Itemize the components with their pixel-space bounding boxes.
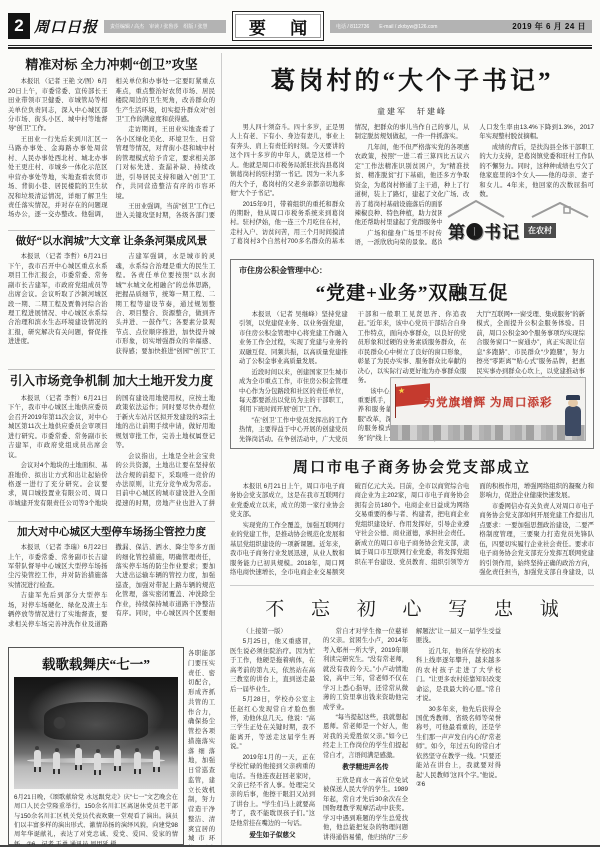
paragraph: 本报讯 （记者 吴继峰）坚持党建引领，以党建促业务、以业务强党建，市住房公积金管… <box>239 310 348 367</box>
article-kicker: 市住房公积金管理中心： <box>239 265 585 276</box>
psa-banner: 为党旗增辉 为周口添彩 <box>390 377 586 441</box>
paragraph: 近段时间以来，创建国家卫生城市成为全市重点工作，市住房公积金管理中心作为分包路段… <box>239 368 348 415</box>
dancer-figure <box>53 752 60 769</box>
paragraph: 吉建军强调，水是城市的灵魂，水系综合治理是重大的民生工程。各责任单位要按照“以水… <box>116 252 216 364</box>
article-headline: 加大对中心城区大型停车场扬尘管控力度 <box>8 526 215 539</box>
article-loyalty: 不 忘 初 心 写 忠 诚 （上接第一版）5月25日，他又重感冒，医生说必须住院… <box>230 585 594 843</box>
article-ecommerce: 周口市电子商务协会党支部成立 本报讯 6月21日上午，周口市电子商务协会党支部成… <box>230 456 594 578</box>
first-secretary-logo: 第❶书记 在农村 <box>442 197 594 249</box>
sub-headline: 爱生如子似慈父 <box>230 831 315 841</box>
article-land-development: 引入市场竞争机制 加大土地开发力度 本报讯 （记者 李哲）6月21日下午，我市中… <box>8 370 215 522</box>
paragraph: 2019年1月的一天，正在学校忙碌的他接到父亲病重的电话。当他连夜赶回老家时，父… <box>230 753 315 829</box>
page-number: 2 <box>8 13 30 39</box>
article-body: 本报讯 （记者 王艳 文/图）6月20日上午，市委常委、宣传部长王田业带领市卫健… <box>8 77 215 225</box>
dancer-figure <box>134 752 141 769</box>
dancer-figure <box>153 750 160 767</box>
paragraph: 5月25日，他又重感冒，医生说必须住院治疗。因为忙于工作，他硬是拖着病体，在高考… <box>230 637 315 694</box>
paragraph: 5月28日，学校办公室主任赵红心发现常自才脸色憔悴，劝他休息几天。他说：“高三学… <box>230 695 315 752</box>
stage-performance-photo <box>14 677 178 789</box>
paragraph: 近几年，他所在学校的本科上线率逐年攀升，越来越多的农村孩子走进了大学校门。“让更… <box>416 647 501 704</box>
paragraph: 本报讯 （记者 李哲）6月21日下午，我市中心城区土地供应委员会召开2019年第… <box>8 394 108 460</box>
paragraph: 本报讯 （记者 王艳 文/图）6月20日上午，市委常委、宣传部长王田业带领市卫健… <box>8 77 108 134</box>
article-headline: 做好“以水润城”大文章 让条条河渠成风景 <box>8 235 215 248</box>
performers-back-group <box>44 702 149 740</box>
photo-caption: 6月21日晚，《颂歌献给党 永远跟党走》庆“七一”文艺晚会在周口人民会堂隆重举行… <box>14 793 178 847</box>
page-header: 2 周口日报 责任编辑 / 高杰 审读 / 张鲁莎 组版 / 张慧 要 闻 电话… <box>8 10 592 42</box>
article-body: 本报讯 （记者 李哲）6月21日下午，我市召开中心城区重点水系项目工作汇报会，市… <box>8 252 215 364</box>
paragraph: “每当提起这些，我就想起恩师。常老师是一个好人，他对我的关爱胜似父亲。”如今已经… <box>323 713 408 760</box>
article-water-city: 做好“以水润城”大文章 让条条河渠成风景 本报讯 （记者 李哲）6月21日下午，… <box>8 231 215 370</box>
sub-headline: 教学精进声名传 <box>323 763 408 773</box>
dancer-figure <box>34 750 41 767</box>
article-party-building: 市住房公积金管理中心： “党建+业务”双融互促 本报讯 （记者 吴继峰）坚持党建… <box>230 259 594 449</box>
city-skyline-graphic <box>391 425 585 440</box>
paragraph: 本报讯 （记者 李瑞）6月22日上午，市委常委、常务副市长吉建军带队督导中心城区… <box>8 543 108 590</box>
paragraph: 本报讯 6月21日上午，周口市电子商务协会党支部成立，这是在我市互联网行业党委成… <box>230 482 345 520</box>
contact-bar: 电话 / 8112736 E-mail / zkrbyw@126.com 201… <box>330 20 592 33</box>
photo-story-row: 载歌载舞庆“七一” 6月21日晚，《颂歌献给党 永远跟党走》庆“七一”文艺晚会在… <box>8 647 215 845</box>
paper-name: 周口日报 <box>34 16 98 37</box>
article-body: 本报讯 6月21日上午，周口市电子商务协会党支部成立，这是在我市互联网行业党委成… <box>230 482 594 578</box>
article-chuangwei: 精准对标 全力冲刺“创卫”攻坚 本报讯 （记者 王艳 文/图）6月20日上午，市… <box>8 53 215 231</box>
contact-info: 电话 / 8112736 E-mail / zkrbyw@126.com <box>336 23 437 30</box>
article-parking-dust: 加大对中心城区大型停车场扬尘管控力度 本报讯 （记者 李瑞）6月22日上午，市委… <box>8 522 215 642</box>
article-headline: 周口市电子商务协会党支部成立 <box>230 456 594 477</box>
main-headline: 葛岗村的“大个子书记” <box>230 61 594 97</box>
article-headline: 精准对标 全力冲刺“创卫”攻坚 <box>8 57 215 73</box>
article-continuation: 各职能部门要压实责任、密切配合，形成齐抓共管的工作合力，确保扬尘管控各项措施落实… <box>188 647 215 845</box>
article-headline: 引入市场竞争机制 加大土地开发力度 <box>8 374 215 390</box>
article-body: 本报讯 （记者 李哲）6月21日下午，我市中心城区土地供应委员会召开2019年第… <box>8 394 215 516</box>
house-roof-icon <box>446 197 590 219</box>
photo-story-headline: 载歌载舞庆“七一” <box>14 653 178 673</box>
paragraph: 本报讯 （记者 李哲）6月21日下午，我市召开中心城区重点水系项目工作汇报会，市… <box>8 252 108 346</box>
banner-slogan: 为党旗增辉 为周口添彩 <box>391 394 585 410</box>
editor-info-bar: 责任编辑 / 高杰 审读 / 张鲁莎 组版 / 张慧 <box>104 20 226 33</box>
newspaper-page: 2 周口日报 责任编辑 / 高杰 审读 / 张鲁莎 组版 / 张慧 要 闻 电话… <box>0 0 600 847</box>
dancer-figure <box>114 749 121 766</box>
article-headline: 不 忘 初 心 写 忠 诚 <box>230 594 594 621</box>
section-title: 要 闻 <box>232 11 324 41</box>
article-body: 本报讯 （记者 李瑞）6月22日上午，市委常委、常务副市长吉建军带队督导中心城区… <box>8 543 215 637</box>
paragraph: 男人四十须奋斗。四十多岁，正是男人上有老、下有小、身边有妻儿，事业上有奔头、肩上… <box>230 123 345 199</box>
paragraph: 常自才对学生像一位慈祥的父亲。贫困生小卢，2014年考入郑州一所大学，2019年… <box>323 627 408 712</box>
issue-date: 2019 年 6 月 24 日 <box>512 21 586 32</box>
dancer-figure <box>75 748 82 765</box>
paragraph: 成绩的背后，是扶沟县全体干部职工的大力支持，是葛岗镇党委和驻村工作队的不懈努力。… <box>479 143 594 200</box>
article-body: （上接第一版）5月25日，他又重感冒，医生说必须住院治疗。因为忙于工作，他硬是拖… <box>230 627 594 843</box>
paragraph: 走访期间，王田业实地查看了各小区绿化美化、环境卫生、日常管理等情况，对背街小巷和… <box>116 125 216 201</box>
header-rule <box>8 45 592 49</box>
main-byline: 童建军 轩建峰 <box>230 106 594 117</box>
paragraph: （上接第一版） <box>230 627 315 636</box>
logo-tag-text: 在农村 <box>524 223 556 238</box>
logo-text: 第❶书记 <box>448 218 520 243</box>
article-headline: “党建+业务”双融互促 <box>239 278 585 305</box>
right-column: 葛岗村的“大个子书记” 童建军 轩建峰 男人四十须奋斗。四十多岁，正是男人上有老… <box>222 53 594 845</box>
dancer-figure <box>94 753 101 770</box>
policeman-icon <box>565 406 581 436</box>
left-column: 精准对标 全力冲刺“创卫”攻坚 本报讯 （记者 王艳 文/图）6月20日上午，市… <box>6 53 222 845</box>
paragraph: 30多年来，他先后获得全国优秀教师、省级名师等荣誉称号，可他最看重的，还是学生们… <box>416 705 501 790</box>
photo-story-box: 载歌载舞庆“七一” 6月21日晚，《颂歌献给党 永远跟党走》庆“七一”文艺晚会在… <box>8 647 184 845</box>
